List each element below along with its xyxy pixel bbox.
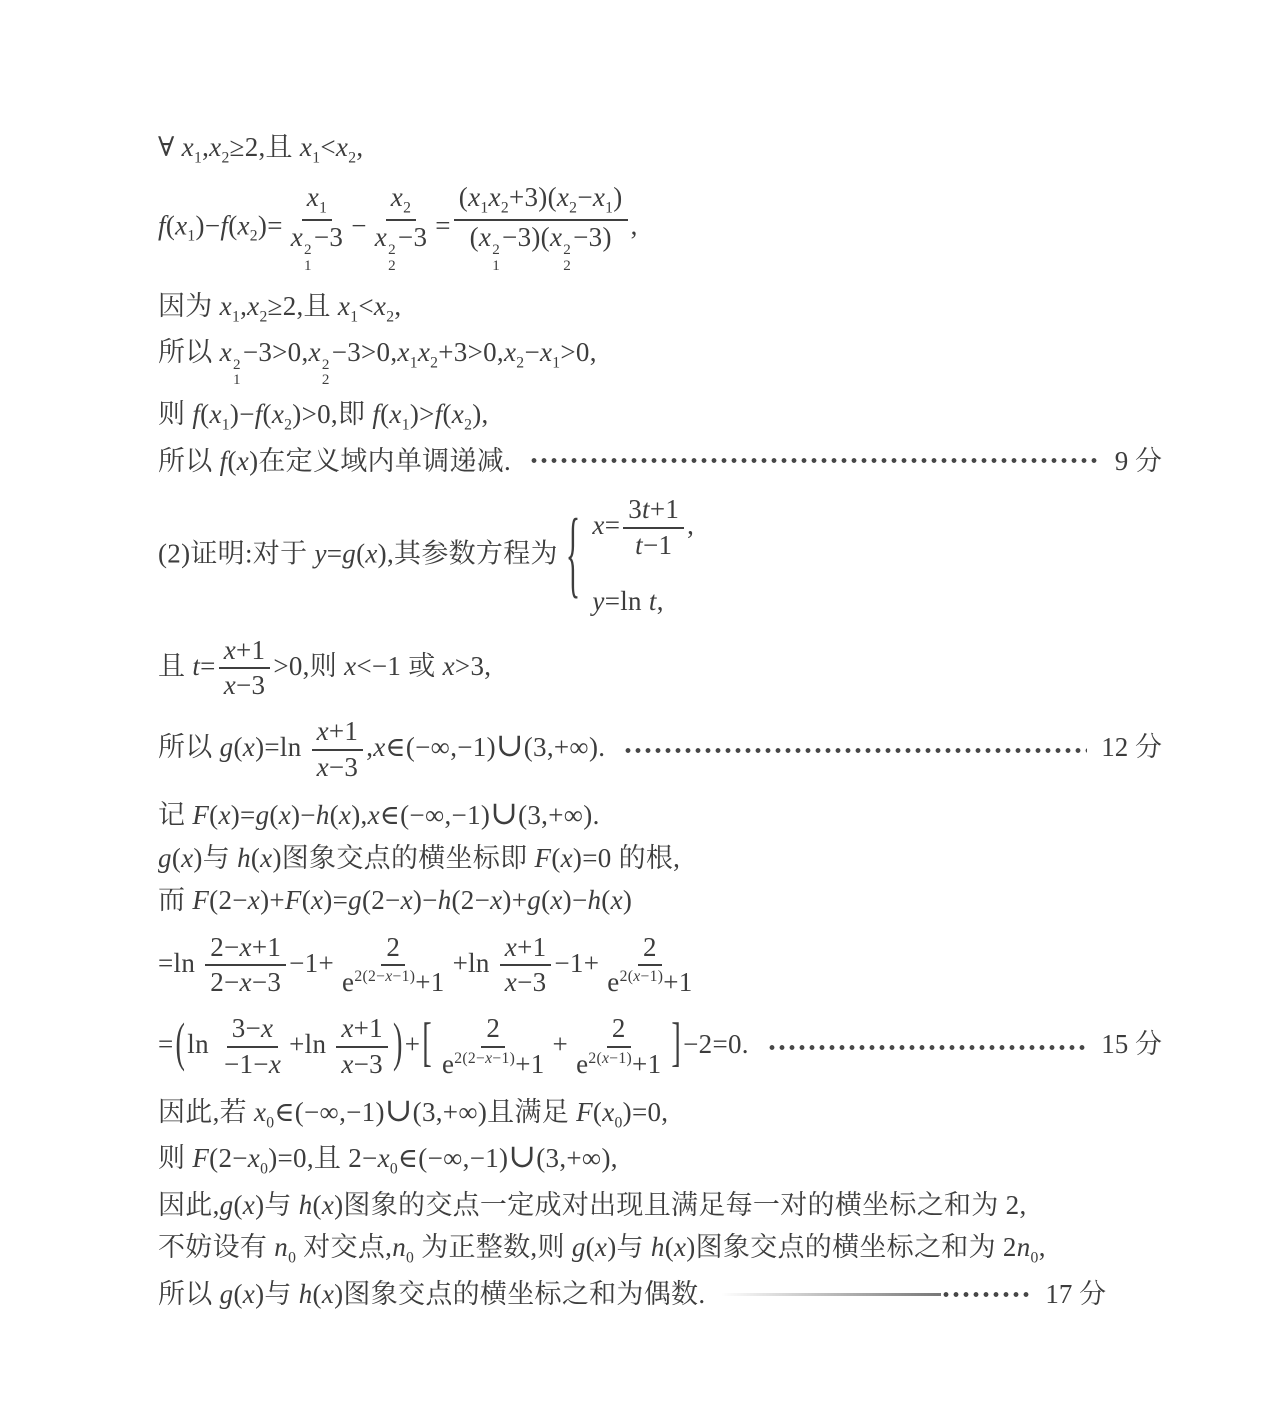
text-run: = xyxy=(435,211,451,241)
math-variable: g xyxy=(220,732,234,762)
math-variable: x xyxy=(505,932,517,962)
text-run: 0 xyxy=(390,1161,398,1178)
math-variable: x xyxy=(209,132,221,162)
text-run: 记 xyxy=(158,800,192,830)
line-content: 所以 f(x)在定义域内单调递减. xyxy=(158,444,511,479)
text-run: +1 xyxy=(354,1013,383,1043)
text-run: 2 xyxy=(563,259,571,275)
text-run: +1 xyxy=(252,932,281,962)
subscript: 0 xyxy=(288,1250,296,1267)
denominator: e2(x−1)+1 xyxy=(571,1048,666,1081)
text-run: 2 xyxy=(501,200,509,217)
denominator: e2(2−x−1)+1 xyxy=(437,1048,550,1081)
text-run: = xyxy=(200,651,216,681)
text-run: , xyxy=(687,510,694,540)
cases-row: y=ln t, xyxy=(592,584,663,619)
superscript: 2(x−1) xyxy=(588,1050,632,1067)
math-variable: x xyxy=(339,800,351,830)
text-run: )>0,即 xyxy=(292,399,372,429)
text-run: −3 xyxy=(354,1049,383,1079)
math-variable: x xyxy=(389,399,401,429)
math-variable: x xyxy=(309,337,321,367)
math-variable: x xyxy=(550,222,562,252)
math-variable: x xyxy=(209,399,221,429)
text-run: (2− xyxy=(362,885,401,915)
line-content: ∀ x1,x2≥2,且 x1<x2, xyxy=(158,130,363,168)
numerator: x+1 xyxy=(500,932,552,967)
solution-line: 因为 x1,x2≥2,且 x1<x2, xyxy=(158,289,1162,327)
dotted-leader xyxy=(623,747,1087,754)
math-variable: x xyxy=(240,967,252,997)
text-run xyxy=(209,1029,216,1059)
text-run xyxy=(195,948,202,978)
big-delimiter: ( xyxy=(176,1011,186,1080)
math-variable: h xyxy=(299,1279,313,1309)
text-run: ) xyxy=(623,885,632,915)
text-run: 2 xyxy=(388,259,396,275)
cases-row: x=3t+1t−1, xyxy=(592,494,694,562)
text-run: 2 xyxy=(612,1013,626,1043)
math-variable: t xyxy=(192,651,200,681)
math-variable: x xyxy=(341,1049,353,1079)
math-variable: y xyxy=(314,539,326,569)
text-run: )− xyxy=(230,399,255,429)
solution-line: =(ln 3−x−1−x+ln x+1x−3)+[2e2(2−x−1)+1+2e… xyxy=(158,1013,1162,1081)
math-variable: f xyxy=(158,211,166,241)
text-run: 1 xyxy=(194,149,202,166)
numerator: x2 xyxy=(386,182,416,221)
denominator: x22−3 xyxy=(370,221,432,274)
line-content: 所以 x21−3>0,x22−3>0,x1x2+3>0,x2−x1>0, xyxy=(158,335,597,389)
text-run: −1) xyxy=(609,1050,632,1067)
numerator: 2 xyxy=(481,1013,505,1048)
math-variable: h xyxy=(316,800,330,830)
roman-symbol: ln xyxy=(174,948,196,978)
math-variable: x xyxy=(317,716,329,746)
text-run: = xyxy=(605,586,621,616)
text-run: 1 xyxy=(222,417,230,434)
math-variable: x xyxy=(341,1013,353,1043)
text-run: −3>0, xyxy=(332,337,398,367)
math-variable: x xyxy=(182,132,194,162)
roman-symbol: ln xyxy=(468,948,490,978)
union-symbol: ∪ xyxy=(496,728,524,764)
text-run xyxy=(326,1029,333,1059)
text-run: ( xyxy=(551,843,560,873)
text-run: 而 xyxy=(158,885,192,915)
math-variable: F xyxy=(285,885,302,915)
text-run: = xyxy=(158,1029,174,1059)
roman-symbol: e xyxy=(576,1049,588,1079)
fraction: x+1x−3 xyxy=(312,716,364,784)
text-run: 2 xyxy=(250,228,258,245)
math-variable: x xyxy=(240,932,252,962)
text-run: )与 xyxy=(255,1190,299,1220)
superscript: 2 xyxy=(304,243,312,259)
text-run: (2)证明:对于 xyxy=(158,539,314,569)
text-run: = xyxy=(158,948,174,978)
text-run: 2 xyxy=(304,243,312,259)
text-run: ( xyxy=(166,211,175,241)
numerator: 2 xyxy=(638,932,662,967)
text-run: 1 xyxy=(232,308,240,325)
line-content: 因此,g(x)与 h(x)图象的交点一定成对出现且满足每一对的横坐标之和为 2, xyxy=(158,1188,1027,1223)
denominator: e2(2−x−1)+1 xyxy=(337,966,450,999)
text-run: ( xyxy=(233,1190,242,1220)
line-content: 记 F(x)=g(x)−h(x),x∈(−∞,−1)∪(3,+∞). xyxy=(158,798,600,833)
denominator: x−3 xyxy=(312,751,364,784)
denominator: e2(x−1)+1 xyxy=(602,966,697,999)
superscript: 2 xyxy=(388,243,396,259)
math-variable: x xyxy=(468,182,480,212)
subscript: 2 xyxy=(501,200,509,217)
text-run: )= xyxy=(323,885,348,915)
superscript: 2 xyxy=(233,358,241,374)
fraction: x2x22−3 xyxy=(370,182,432,274)
math-variable: x xyxy=(218,800,230,830)
text-run: +1 xyxy=(329,716,358,746)
text-run: ( xyxy=(313,1190,322,1220)
text-run: ( xyxy=(541,885,550,915)
text-run: )与 xyxy=(255,1279,299,1309)
math-variable: F xyxy=(192,1143,209,1173)
superscript: 2 xyxy=(322,358,330,374)
math-variable: x xyxy=(248,1143,260,1173)
subsup-stack: 22 xyxy=(388,243,396,275)
text-run: +1 xyxy=(650,494,679,524)
solution-line: 且 t=x+1x−3>0,则 x<−1 或 x>3, xyxy=(158,635,1162,703)
line-content: 因此,若 x0∈(−∞,−1)∪(3,+∞)且满足 F(x0)=0, xyxy=(158,1095,668,1133)
text-run: )− xyxy=(196,211,221,241)
text-run: 对交点, xyxy=(296,1232,392,1262)
text-run: −3 xyxy=(236,670,265,700)
text-run: ( xyxy=(233,1279,242,1309)
math-variable: n xyxy=(1017,1232,1031,1262)
line-content: g(x)与 h(x)图象交点的横坐标即 F(x)=0 的根, xyxy=(158,841,680,876)
text-run: )图象交点的横坐标之和为偶数. xyxy=(334,1279,705,1309)
text-run: 所以 xyxy=(158,446,220,476)
math-variable: f xyxy=(255,399,263,429)
math-variable: x xyxy=(561,843,573,873)
text-run: )在定义域内单调递减. xyxy=(249,446,511,476)
math-variable: g xyxy=(527,885,541,915)
solution-line: 所以 f(x)在定义域内单调递减.9 分 xyxy=(158,444,1162,479)
line-content: =(ln 3−x−1−x+ln x+1x−3)+[2e2(2−x−1)+1+2e… xyxy=(158,1013,749,1081)
math-variable: x xyxy=(237,446,249,476)
text-run: 0 xyxy=(406,1250,414,1267)
solution-line: 所以 g(x)与 h(x)图象交点的横坐标之和为偶数.17 分 xyxy=(158,1277,1162,1312)
math-variable: x xyxy=(504,337,516,367)
text-run: 2(2− xyxy=(454,1050,485,1067)
math-variable: x xyxy=(237,211,249,241)
math-variable: x xyxy=(540,337,552,367)
subscript: 1 xyxy=(480,200,488,217)
math-variable: x xyxy=(336,132,348,162)
text-run: +3)( xyxy=(509,182,557,212)
fraction: x+1x−3 xyxy=(500,932,552,1000)
text-run: 1 xyxy=(480,200,488,217)
text-run: ( xyxy=(263,399,272,429)
math-variable: h xyxy=(651,1232,665,1262)
text-run: (2− xyxy=(209,1143,248,1173)
text-run: ∈(−∞,−1) xyxy=(380,800,490,830)
roman-symbol: e xyxy=(607,967,619,997)
text-run: (3,+∞). xyxy=(524,732,606,762)
math-variable: x xyxy=(365,539,377,569)
math-variable: x xyxy=(243,1279,255,1309)
math-variable: x xyxy=(322,1279,334,1309)
text-run: )= xyxy=(258,211,283,241)
line-content: 所以 g(x)与 h(x)图象交点的横坐标之和为偶数. xyxy=(158,1277,705,1312)
math-variable: x xyxy=(307,182,319,212)
text-run: ∀ xyxy=(158,132,182,162)
math-variable: x xyxy=(243,1190,255,1220)
text-run: 1 xyxy=(410,354,418,371)
math-variable: x xyxy=(443,651,455,681)
big-delimiter: ) xyxy=(393,1011,403,1080)
math-variable: x xyxy=(322,1190,334,1220)
line-content: =ln 2−x+12−x−3−1+2e2(2−x−1)+1+ln x+1x−3−… xyxy=(158,932,701,1000)
text-run: −3>0, xyxy=(243,337,309,367)
math-variable: F xyxy=(192,885,209,915)
text-run: >3, xyxy=(455,651,491,681)
text-run: 1 xyxy=(233,373,241,389)
text-run: 3− xyxy=(232,1013,261,1043)
math-variable: g xyxy=(220,1279,234,1309)
text-run: +3>0, xyxy=(438,337,504,367)
text-run: )− xyxy=(563,885,588,915)
text-run: 1 xyxy=(319,200,327,217)
text-run: 2 xyxy=(492,243,500,259)
math-variable: x xyxy=(344,651,356,681)
line-content: 则 F(2−x0)=0,且 2−x0∈(−∞,−1)∪(3,+∞), xyxy=(158,1141,618,1179)
text-run: ( xyxy=(601,885,610,915)
numerator: 3t+1 xyxy=(623,494,684,529)
math-variable: F xyxy=(535,843,552,873)
text-run: >0,则 xyxy=(273,651,344,681)
line-content: 而 F(2−x)+F(x)=g(2−x)−h(2−x)+g(x)−h(x) xyxy=(158,883,632,918)
superscript: 2(2−x−1) xyxy=(354,968,415,985)
math-variable: x xyxy=(224,635,236,665)
text-run: = xyxy=(327,539,343,569)
text-run: 2( xyxy=(620,968,634,985)
big-delimiter: [ xyxy=(422,1011,432,1080)
solution-line: 所以 x21−3>0,x22−3>0,x1x2+3>0,x2−x1>0, xyxy=(158,335,1162,389)
subscript: 2 xyxy=(403,200,411,217)
subscript: 0 xyxy=(390,1161,398,1178)
text-run xyxy=(302,732,309,762)
math-variable: x xyxy=(220,291,232,321)
math-variable: x xyxy=(452,399,464,429)
text-run: 2− xyxy=(210,932,239,962)
text-run: )=0 的根, xyxy=(573,843,680,873)
text-run: − xyxy=(524,337,540,367)
text-run xyxy=(642,586,649,616)
math-variable: x xyxy=(479,222,491,252)
text-run: 且 xyxy=(158,651,192,681)
text-run: 2− xyxy=(210,967,239,997)
fraction: 3−x−1−x xyxy=(219,1013,286,1081)
text-run: )=0, xyxy=(623,1097,669,1127)
numerator: 2−x+1 xyxy=(205,932,286,967)
math-variable: n xyxy=(274,1232,288,1262)
numerator: x1 xyxy=(302,182,332,221)
math-variable: x xyxy=(557,182,569,212)
math-variable: h xyxy=(438,885,452,915)
text-run: 2(2− xyxy=(354,968,385,985)
score-label: 12 分 xyxy=(1101,730,1162,765)
solution-line: 而 F(2−x)+F(x)=g(2−x)−h(2−x)+g(x)−h(x) xyxy=(158,883,1162,918)
line-content: (2)证明:对于 y=g(x),其参数方程为{x=3t+1t−1,y=ln t, xyxy=(158,494,694,618)
text-run: , xyxy=(631,211,638,241)
math-variable: x xyxy=(375,222,387,252)
subsup-stack: 21 xyxy=(492,243,500,275)
math-variable: x xyxy=(261,1013,273,1043)
math-variable: x xyxy=(374,291,386,321)
cases-system: {x=3t+1t−1,y=ln t, xyxy=(566,494,694,618)
math-variable: x xyxy=(311,885,323,915)
math-variable: g xyxy=(220,1190,234,1220)
text-run: <−1 或 xyxy=(356,651,442,681)
math-variable: x xyxy=(254,1097,266,1127)
text-run: (3,+∞). xyxy=(518,800,600,830)
text-run: , xyxy=(394,291,401,321)
solution-line: 则 f(x1)−f(x2)>0,即 f(x1)>f(x2), xyxy=(158,397,1162,435)
text-run: −1) xyxy=(392,968,415,985)
roman-symbol: e xyxy=(342,967,354,997)
text-run: 所以 xyxy=(158,337,220,367)
subscript: 1 xyxy=(232,308,240,325)
text-run: +1 xyxy=(632,1049,661,1079)
text-run: 1 xyxy=(304,259,312,275)
superscript: 2 xyxy=(492,243,500,259)
math-variable: x xyxy=(338,291,350,321)
roman-symbol: ln xyxy=(280,732,302,762)
text-run: −2=0. xyxy=(683,1029,749,1059)
math-variable: x xyxy=(373,732,385,762)
math-variable: f xyxy=(372,399,380,429)
solution-line: 则 F(2−x0)=0,且 2−x0∈(−∞,−1)∪(3,+∞), xyxy=(158,1141,1162,1179)
text-run: ( xyxy=(330,800,339,830)
math-variable: x xyxy=(269,1049,281,1079)
text-run: − xyxy=(577,182,593,212)
text-run: (2− xyxy=(452,885,491,915)
numerator: x+1 xyxy=(336,1013,388,1048)
brace-icon: { xyxy=(566,494,581,619)
text-run: ), xyxy=(351,800,367,830)
text-run: 0 xyxy=(260,1161,268,1178)
text-run: 所以 xyxy=(158,732,220,762)
math-variable: h xyxy=(237,843,251,873)
math-variable: F xyxy=(192,800,209,830)
text-run: −1+ xyxy=(289,948,334,978)
numerator: (x1x2+3)(x2−x1) xyxy=(454,182,628,221)
text-run: )− xyxy=(413,885,438,915)
math-variable: x xyxy=(505,967,517,997)
subscript: 2 xyxy=(563,259,571,275)
math-variable: x xyxy=(489,182,501,212)
union-symbol: ∪ xyxy=(508,1139,536,1175)
big-delimiter: ] xyxy=(671,1011,681,1080)
math-variable: x xyxy=(550,885,562,915)
text-run: , xyxy=(356,132,363,162)
subscript: 0 xyxy=(615,1114,623,1131)
math-variable: x xyxy=(391,182,403,212)
fraction: x+1x−3 xyxy=(336,1013,388,1081)
roman-symbol: ln xyxy=(187,1029,209,1059)
score-label: 9 分 xyxy=(1115,444,1162,479)
text-run: ),其参数方程为 xyxy=(378,539,558,569)
fraction: 2e2(x−1)+1 xyxy=(602,932,697,1000)
document-body: ∀ x1,x2≥2,且 x1<x2,f(x1)−f(x2)=x1x21−3−x2… xyxy=(158,130,1162,1311)
line-content: 且 t=x+1x−3>0,则 x<−1 或 x>3, xyxy=(158,635,491,703)
text-run: 不妨设有 xyxy=(158,1232,274,1262)
math-variable: x xyxy=(378,1143,390,1173)
math-variable: x xyxy=(279,800,291,830)
text-run: ( xyxy=(313,1279,322,1309)
text-run: ( xyxy=(227,446,236,476)
subscript: 1 xyxy=(187,228,195,245)
numerator: x+1 xyxy=(219,635,271,670)
text-run: 0 xyxy=(288,1250,296,1267)
denominator: t−1 xyxy=(630,529,677,562)
text-run: ( xyxy=(356,539,365,569)
text-run: 所以 xyxy=(158,1279,220,1309)
math-variable: x xyxy=(220,337,232,367)
subscript: 1 xyxy=(194,149,202,166)
union-symbol: ∪ xyxy=(385,1093,413,1129)
text-run: 1 xyxy=(492,259,500,275)
text-run: 则 xyxy=(158,1143,192,1173)
math-variable: t xyxy=(649,586,657,616)
text-run: 2 xyxy=(643,932,657,962)
math-variable: x xyxy=(592,510,604,540)
math-variable: g xyxy=(158,843,172,873)
text-run: +1 xyxy=(663,967,692,997)
text-run: + xyxy=(453,948,469,978)
math-variable: x xyxy=(602,1097,614,1127)
text-run: ∈(−∞,−1) xyxy=(386,732,496,762)
denominator: −1−x xyxy=(219,1048,286,1081)
score-label: 15 分 xyxy=(1101,1027,1162,1062)
text-run: 因为 xyxy=(158,291,220,321)
subscript: 2 xyxy=(259,308,267,325)
text-run: 则 xyxy=(158,399,192,429)
denominator: 2−x−3 xyxy=(205,966,286,999)
text-run: ( xyxy=(233,732,242,762)
text-run: +1 xyxy=(236,635,265,665)
text-run: 0 xyxy=(615,1114,623,1131)
text-run: (2− xyxy=(209,885,248,915)
text-run: ), xyxy=(472,399,488,429)
math-variable: x xyxy=(368,800,380,830)
numerator: 2 xyxy=(607,1013,631,1048)
roman-symbol: e xyxy=(442,1049,454,1079)
document-page: ∀ x1,x2≥2,且 x1<x2,f(x1)−f(x2)=x1x21−3−x2… xyxy=(0,0,1280,1339)
subscript: 1 xyxy=(492,259,500,275)
math-variable: x xyxy=(181,843,193,873)
fraction: x+1x−3 xyxy=(219,635,271,703)
subscript: 0 xyxy=(260,1161,268,1178)
math-variable: g xyxy=(342,539,356,569)
math-variable: x xyxy=(611,885,623,915)
numerator: 2 xyxy=(381,932,405,967)
subsup-stack: 21 xyxy=(304,243,312,275)
dotted-leader xyxy=(941,1291,1031,1298)
text-run: +1 xyxy=(517,932,546,962)
math-variable: n xyxy=(392,1232,406,1262)
text-run: 2 xyxy=(486,1013,500,1043)
